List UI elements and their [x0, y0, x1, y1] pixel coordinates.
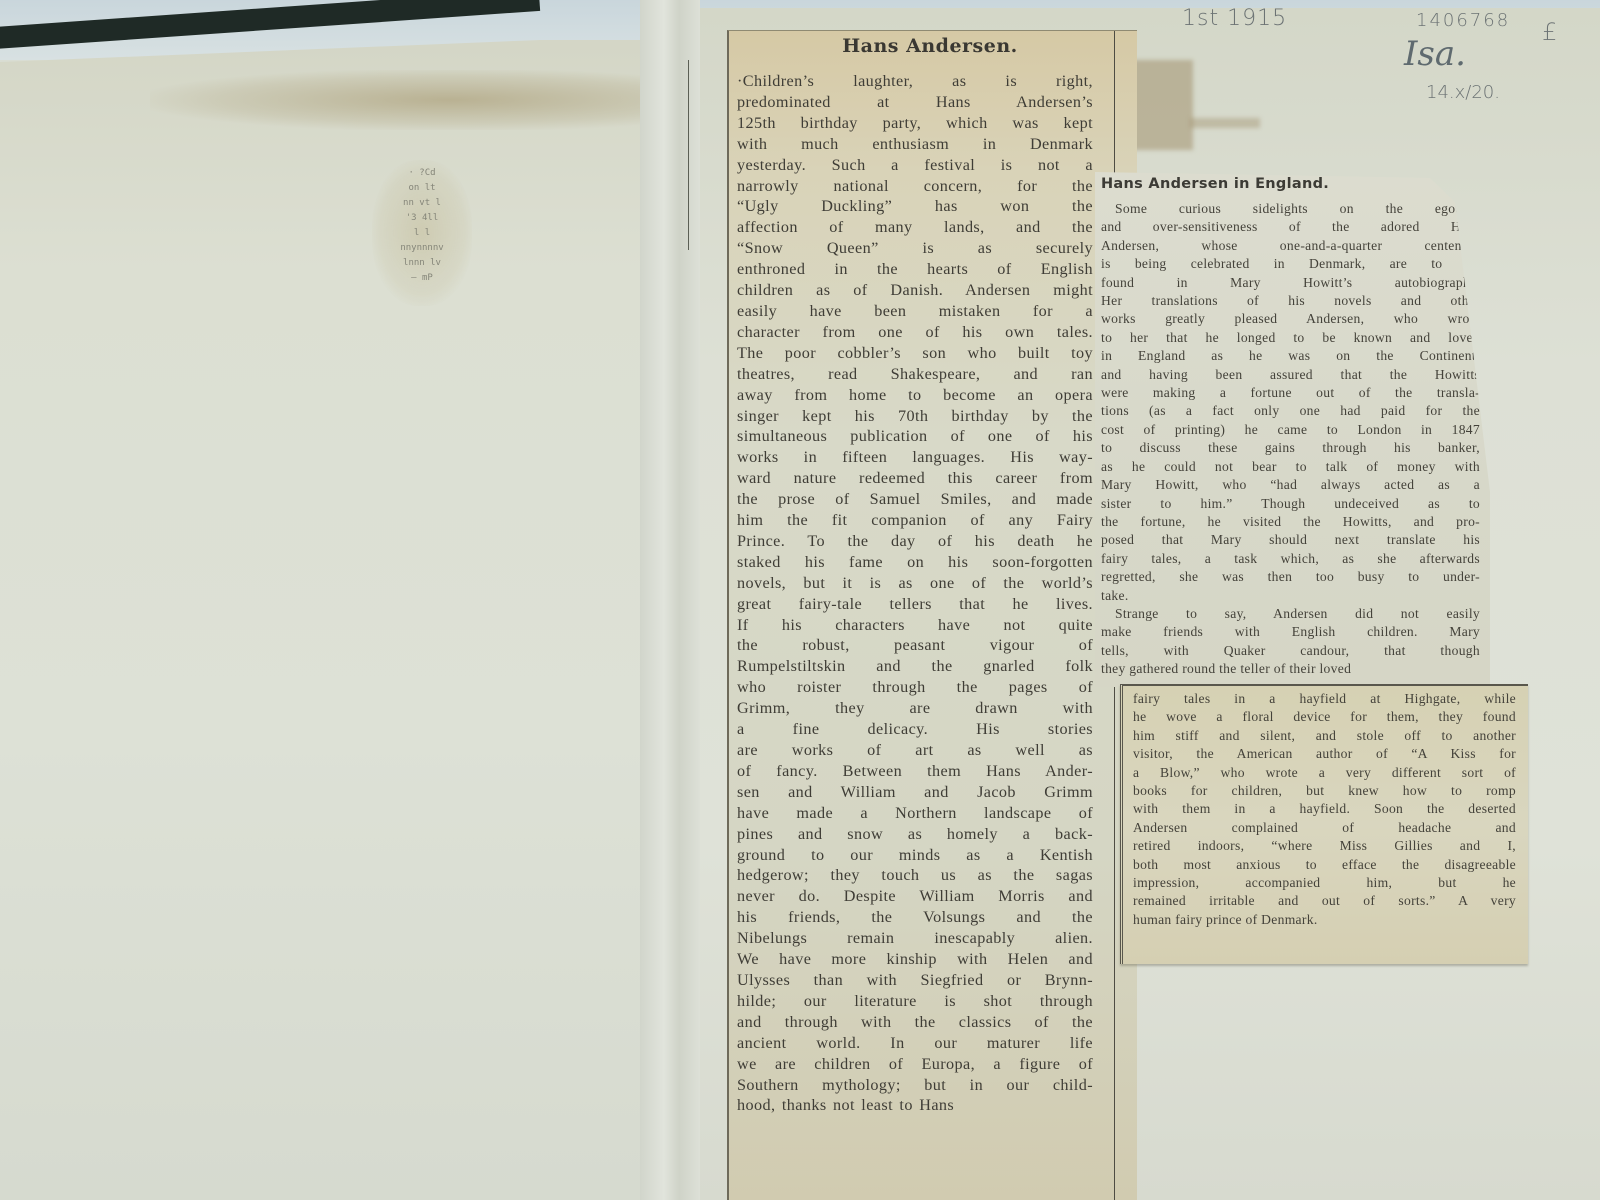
text-line: sister to him.” Though undeceived as to	[1101, 495, 1480, 513]
text-line: visitor, the American author of “A Kiss …	[1133, 745, 1516, 763]
clipping-body-part1: Some curious sidelights on the egotisman…	[1101, 200, 1480, 679]
text-line: sen and William and Jacob Grimm	[737, 782, 1093, 803]
text-line: enthroned in the hearts of English	[737, 259, 1093, 280]
text-line: retired indoors, “where Miss Gillies and…	[1133, 837, 1516, 855]
text-line: works greatly pleased Andersen, who wrot…	[1101, 310, 1480, 328]
text-line: yesterday. Such a festival is not a	[737, 155, 1093, 176]
text-line: fairy tales in a hayfield at Highgate, w…	[1133, 690, 1516, 708]
pencil-annotation-date: 14.x/20.	[1426, 82, 1500, 103]
text-line: novels, but it is as one of the world’s	[737, 573, 1093, 594]
text-line: he wove a floral device for them, they f…	[1133, 708, 1516, 726]
stamp-line: '3 4ll	[372, 211, 472, 226]
text-line: and having been assured that the Howitts	[1101, 366, 1480, 384]
text-line: Andersen, whose one-and-a-quarter centen…	[1101, 237, 1480, 255]
stamp-line: nn vt l	[372, 196, 472, 211]
faded-stamp: · ?Cdon ltnn vt l'3 4lll lnnynnnnvlnnn l…	[372, 160, 472, 306]
text-line: is being celebrated in Denmark, are to b…	[1101, 255, 1480, 273]
text-line: pines and snow as homely a back-	[737, 824, 1093, 845]
text-line: The poor cobbler’s son who built toy	[737, 343, 1093, 364]
book-gutter	[640, 0, 700, 1200]
text-line: the prose of Samuel Smiles, and made	[737, 489, 1093, 510]
gutter-crease	[688, 60, 689, 250]
clipping-body: ·Children’s laughter, as is right,predom…	[737, 71, 1093, 1116]
stamp-line: lnnn lv	[372, 256, 472, 271]
text-line: to discuss these gains through his banke…	[1101, 439, 1480, 457]
text-line: hood, thanks not least to Hans	[737, 1095, 1093, 1116]
text-line: narrowly national concern, for the	[737, 176, 1093, 197]
text-line: take.	[1101, 587, 1480, 605]
pencil-annotation-year: 1st 1915	[1182, 6, 1287, 31]
text-line: impression, accompanied him, but he	[1133, 874, 1516, 892]
text-line: posed that Mary should next translate hi…	[1101, 531, 1480, 549]
text-line: him the fit companion of any Fairy	[737, 510, 1093, 531]
text-line: human fairy prince of Denmark.	[1133, 911, 1516, 929]
text-line: never do. Despite William Morris and	[737, 886, 1093, 907]
text-line: hilde; our literature is shot through	[737, 991, 1093, 1012]
text-line: are works of art as well as	[737, 740, 1093, 761]
stamp-line: nnynnnnv	[372, 241, 472, 256]
text-line: make friends with English children. Mary	[1101, 623, 1480, 641]
text-line: ground to our minds as a Kentish	[737, 845, 1093, 866]
text-line: Strange to say, Andersen did not easily	[1101, 605, 1480, 623]
text-line: both most anxious to efface the disagree…	[1133, 856, 1516, 874]
text-line: ancient world. In our maturer life	[737, 1033, 1093, 1054]
text-line: children as of Danish. Andersen might	[737, 280, 1093, 301]
text-line: Southern mythology; but in our child-	[737, 1075, 1093, 1096]
stamp-line: · ?Cd	[372, 166, 472, 181]
text-line: character from one of his own tales.	[737, 322, 1093, 343]
text-line: a Blow,” who wrote a very different sort…	[1133, 764, 1516, 782]
text-line: predominated at Hans Andersen’s	[737, 92, 1093, 113]
text-line: simultaneous publication of one of his	[737, 426, 1093, 447]
text-line: ·Children’s laughter, as is right,	[737, 71, 1093, 92]
text-line: the fortune, he visited the Howitts, and…	[1101, 513, 1480, 531]
text-line: ward nature redeemed this career from	[737, 468, 1093, 489]
clipping-title: Hans Andersen in England.	[1101, 176, 1480, 192]
text-line: Mary Howitt, who “had always acted as a	[1101, 476, 1480, 494]
clipping-title: Hans Andersen.	[737, 35, 1123, 57]
text-line: were making a fortune out of the transla…	[1101, 384, 1480, 402]
text-line: who roister through the pages of	[737, 677, 1093, 698]
stamp-line: on lt	[372, 181, 472, 196]
text-line: in England as he was on the Continent;	[1101, 347, 1480, 365]
text-line: they gathered round the teller of their …	[1101, 660, 1480, 678]
left-page	[0, 40, 670, 1200]
text-line: and over-sensitiveness of the adored Han…	[1101, 218, 1480, 236]
text-line: books for children, but knew how to romp	[1133, 782, 1516, 800]
text-line: theatres, read Shakespeare, and ran	[737, 364, 1093, 385]
text-line: found in Mary Howitt’s autobiography.	[1101, 274, 1480, 292]
pencil-annotation-catalog-number: 1406768	[1416, 10, 1510, 31]
clipping-body-part2: fairy tales in a hayfield at Highgate, w…	[1133, 690, 1516, 929]
text-line: tells, with Quaker candour, that though	[1101, 642, 1480, 660]
text-line: Her translations of his novels and other	[1101, 292, 1480, 310]
text-line: “Ugly Duckling” has won the	[737, 196, 1093, 217]
text-line: affection of many lands, and the	[737, 217, 1093, 238]
pencil-annotation-name: Isa.	[1404, 34, 1466, 74]
text-line: 125th birthday party, which was kept	[737, 113, 1093, 134]
text-line: cost of printing) he came to London in 1…	[1101, 421, 1480, 439]
text-line: we are children of Europa, a figure of	[737, 1054, 1093, 1075]
text-line: Some curious sidelights on the egotism	[1101, 200, 1480, 218]
text-line: fairy tales, a task which, as she afterw…	[1101, 550, 1480, 568]
stamp-line: l l	[372, 226, 472, 241]
text-line: “Snow Queen” is as securely	[737, 238, 1093, 259]
text-line: with them in a hayfield. Soon the desert…	[1133, 800, 1516, 818]
text-line: staked his fame on his soon-forgotten	[737, 552, 1093, 573]
text-line: We have more kinship with Helen and	[737, 949, 1093, 970]
text-line: regretted, she was then too busy to unde…	[1101, 568, 1480, 586]
text-line: his friends, the Volsungs and the	[737, 907, 1093, 928]
text-line: tions (as a fact only one had paid for t…	[1101, 402, 1480, 420]
text-line: the robust, peasant vigour of	[737, 635, 1093, 656]
clipping-andersen-in-england-continued: fairy tales in a hayfield at Highgate, w…	[1120, 684, 1528, 964]
text-line: a fine delicacy. His stories	[737, 719, 1093, 740]
text-line: have made a Northern landscape of	[737, 803, 1093, 824]
glue-stain-right-trail	[1190, 118, 1260, 128]
text-line: Ulysses than with Siegfried or Brynn-	[737, 970, 1093, 991]
text-line: of fancy. Between them Hans Ander-	[737, 761, 1093, 782]
text-line: works in fifteen languages. His way-	[737, 447, 1093, 468]
stamp-line: — mP	[372, 271, 472, 286]
text-line: with much enthusiasm in Denmark	[737, 134, 1093, 155]
clipping-hans-andersen: Hans Andersen. ·Children’s laughter, as …	[727, 30, 1137, 1200]
text-line: easily have been mistaken for a	[737, 301, 1093, 322]
pencil-annotation-currency: £	[1542, 18, 1557, 46]
text-line: him stiff and silent, and stole off to a…	[1133, 727, 1516, 745]
text-line: remained irritable and out of sorts.” A …	[1133, 892, 1516, 910]
text-line: Grimm, they are drawn with	[737, 698, 1093, 719]
text-line: hedgerow; they touch us as the sagas	[737, 865, 1093, 886]
clipping-andersen-in-england: Hans Andersen in England. Some curious s…	[1095, 172, 1490, 687]
text-line: to her that he longed to be known and lo…	[1101, 329, 1480, 347]
text-line: singer kept his 70th birthday by the	[737, 406, 1093, 427]
text-line: Prince. To the day of his death he	[737, 531, 1093, 552]
text-line: If his characters have not quite	[737, 615, 1093, 636]
glue-stain-left	[150, 70, 650, 130]
text-line: Andersen complained of headache and	[1133, 819, 1516, 837]
text-line: Nibelungs remain inescapably alien.	[737, 928, 1093, 949]
text-line: great fairy-tale tellers that he lives.	[737, 594, 1093, 615]
text-line: Rumpelstiltskin and the gnarled folk	[737, 656, 1093, 677]
text-line: and through with the classics of the	[737, 1012, 1093, 1033]
text-line: away from home to become an opera	[737, 385, 1093, 406]
text-line: as he could not bear to talk of money wi…	[1101, 458, 1480, 476]
